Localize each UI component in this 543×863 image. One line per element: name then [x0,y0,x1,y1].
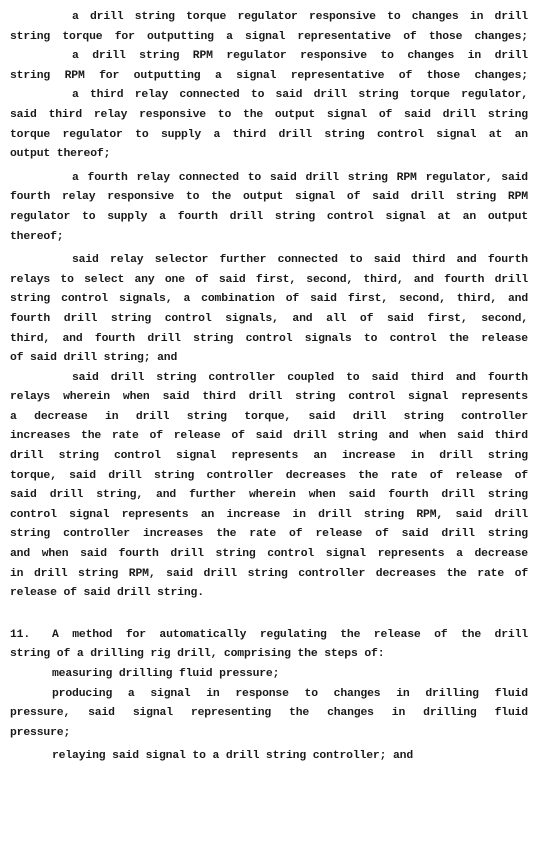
text-line: relaying said signal to a drill string c… [10,747,528,767]
claim-head-line: 11. A method for automatically regulatin… [10,626,528,646]
text-line: A method for automatically regulating th… [52,626,528,646]
claim-step-measuring: measuring drilling fluid pressure; [10,665,528,685]
paragraph-torque-regulator: a drill string torque regulator responsi… [10,8,528,47]
text-line: relays to select any one of said first, … [10,271,528,291]
text-line: regulator to supply a fourth drill strin… [10,208,528,228]
text-line: string control signals, a combination of… [10,290,528,310]
paragraph-drill-string-controller: said drill string controller coupled to … [10,369,528,604]
text-line: string controller increases the rate of … [10,525,528,545]
text-line: measuring drilling fluid pressure; [10,665,528,685]
text-line: output thereof; [10,145,528,165]
text-line: string torque for outputting a signal re… [10,28,528,48]
text-line: torque, said drill string controller dec… [10,467,528,487]
claim-number: 11. [10,626,52,646]
text-line: pressure, said signal representing the c… [10,704,528,724]
text-line: and when said fourth drill string contro… [10,545,528,565]
claim-step-producing: producing a signal in response to change… [10,685,528,744]
patent-page: a drill string torque regulator responsi… [10,8,528,767]
text-line: control signal represents an increase in… [10,506,528,526]
text-line: a decrease in drill string torque, said … [10,408,528,428]
text-line: of said drill string; and [10,349,528,369]
text-line: thereof; [10,228,528,248]
text-line: drill string control signal represents a… [10,447,528,467]
paragraph-rpm-regulator: a drill string RPM regulator responsive … [10,47,528,86]
text-line: said drill string, and further wherein w… [10,486,528,506]
text-line: said relay selector further connected to… [10,251,528,271]
text-line: said drill string controller coupled to … [10,369,528,389]
paragraph-fourth-relay: a fourth relay connected to said drill s… [10,169,528,247]
text-line: torque regulator to supply a third drill… [10,126,528,146]
text-line: fourth drill string control signals, and… [10,310,528,330]
claim-11: 11. A method for automatically regulatin… [10,626,528,767]
text-line: release of said drill string. [10,584,528,604]
text-line: fourth relay responsive to the output si… [10,188,528,208]
text-line: in drill string RPM, said drill string c… [10,565,528,585]
text-line: a third relay connected to said drill st… [10,86,528,106]
claim-step-relaying: relaying said signal to a drill string c… [10,747,528,767]
text-line: third, and fourth drill string control s… [10,330,528,350]
text-line: relays wherein when said third drill str… [10,388,528,408]
text-line: a fourth relay connected to said drill s… [10,169,528,189]
text-line: string RPM for outputting a signal repre… [10,67,528,87]
text-line: pressure; [10,724,528,744]
text-line: a drill string RPM regulator responsive … [10,47,528,67]
text-line: string of a drilling rig drill, comprisi… [10,645,528,665]
text-line: a drill string torque regulator responsi… [10,8,528,28]
text-line: producing a signal in response to change… [10,685,528,705]
paragraph-third-relay: a third relay connected to said drill st… [10,86,528,164]
paragraph-relay-selector: said relay selector further connected to… [10,251,528,369]
text-line: said third relay responsive to the outpu… [10,106,528,126]
text-line: increases the rate of release of said dr… [10,427,528,447]
